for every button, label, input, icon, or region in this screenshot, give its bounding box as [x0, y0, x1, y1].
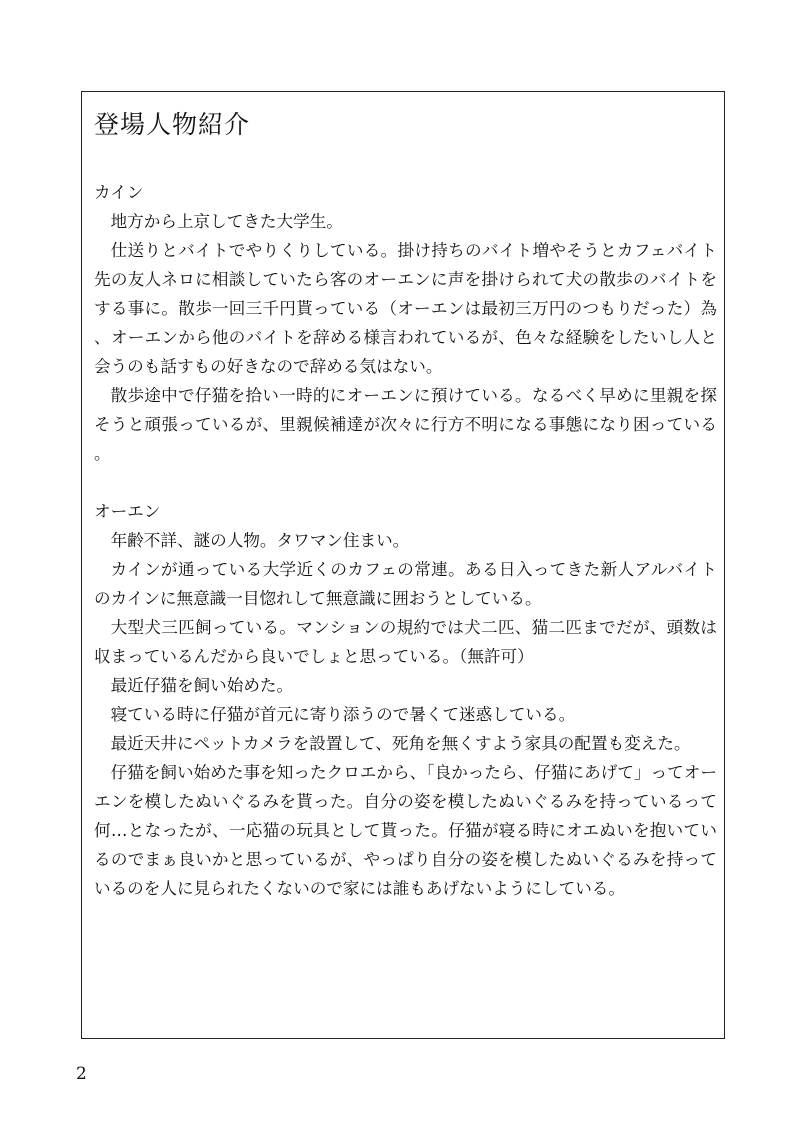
character-name: オーエン: [94, 497, 717, 526]
character-name: カイン: [94, 178, 717, 207]
character-paragraph: 寝ている時に仔猫が首元に寄り添うので暑くて迷惑している。: [94, 700, 717, 729]
character-paragraph: 最近天井にペットカメラを設置して、死角を無くすよう家具の配置も変えた。: [94, 729, 717, 758]
character-paragraph: 最近仔猫を飼い始めた。: [94, 671, 717, 700]
character-paragraph: 散歩途中で仔猫を拾い一時的にオーエンに預けている。なるべく早めに里親を探そうと頑…: [94, 381, 717, 468]
character-paragraph: カインが通っている大学近くのカフェの常連。ある日入ってきた新人アルバイトのカイン…: [94, 555, 717, 613]
character-paragraph: 年齢不詳、謎の人物。タワマン住まい。: [94, 526, 717, 555]
character-paragraph: 地方から上京してきた大学生。: [94, 207, 717, 236]
character-section-cain: カイン 地方から上京してきた大学生。 仕送りとバイトでやりくりしている。掛け持ち…: [94, 178, 717, 468]
character-paragraph: 仔猫を飼い始めた事を知ったクロエから、「良かったら、仔猫にあげて」ってオーエンを…: [94, 758, 717, 903]
character-section-owen: オーエン 年齢不詳、謎の人物。タワマン住まい。 カインが通っている大学近くのカフ…: [94, 497, 717, 903]
character-paragraph: 仕送りとバイトでやりくりしている。掛け持ちのバイト増やそうとカフェバイト先の友人…: [94, 236, 717, 381]
page-number: 2: [76, 1064, 87, 1084]
character-intro-frame: 登場人物紹介 カイン 地方から上京してきた大学生。 仕送りとバイトでやりくりして…: [81, 91, 725, 1039]
page-title: 登場人物紹介: [94, 108, 250, 142]
character-list: カイン 地方から上京してきた大学生。 仕送りとバイトでやりくりしている。掛け持ち…: [94, 178, 717, 932]
character-paragraph: 大型犬三匹飼っている。マンションの規約では犬二匹、猫二匹までだが、頭数は収まって…: [94, 613, 717, 671]
